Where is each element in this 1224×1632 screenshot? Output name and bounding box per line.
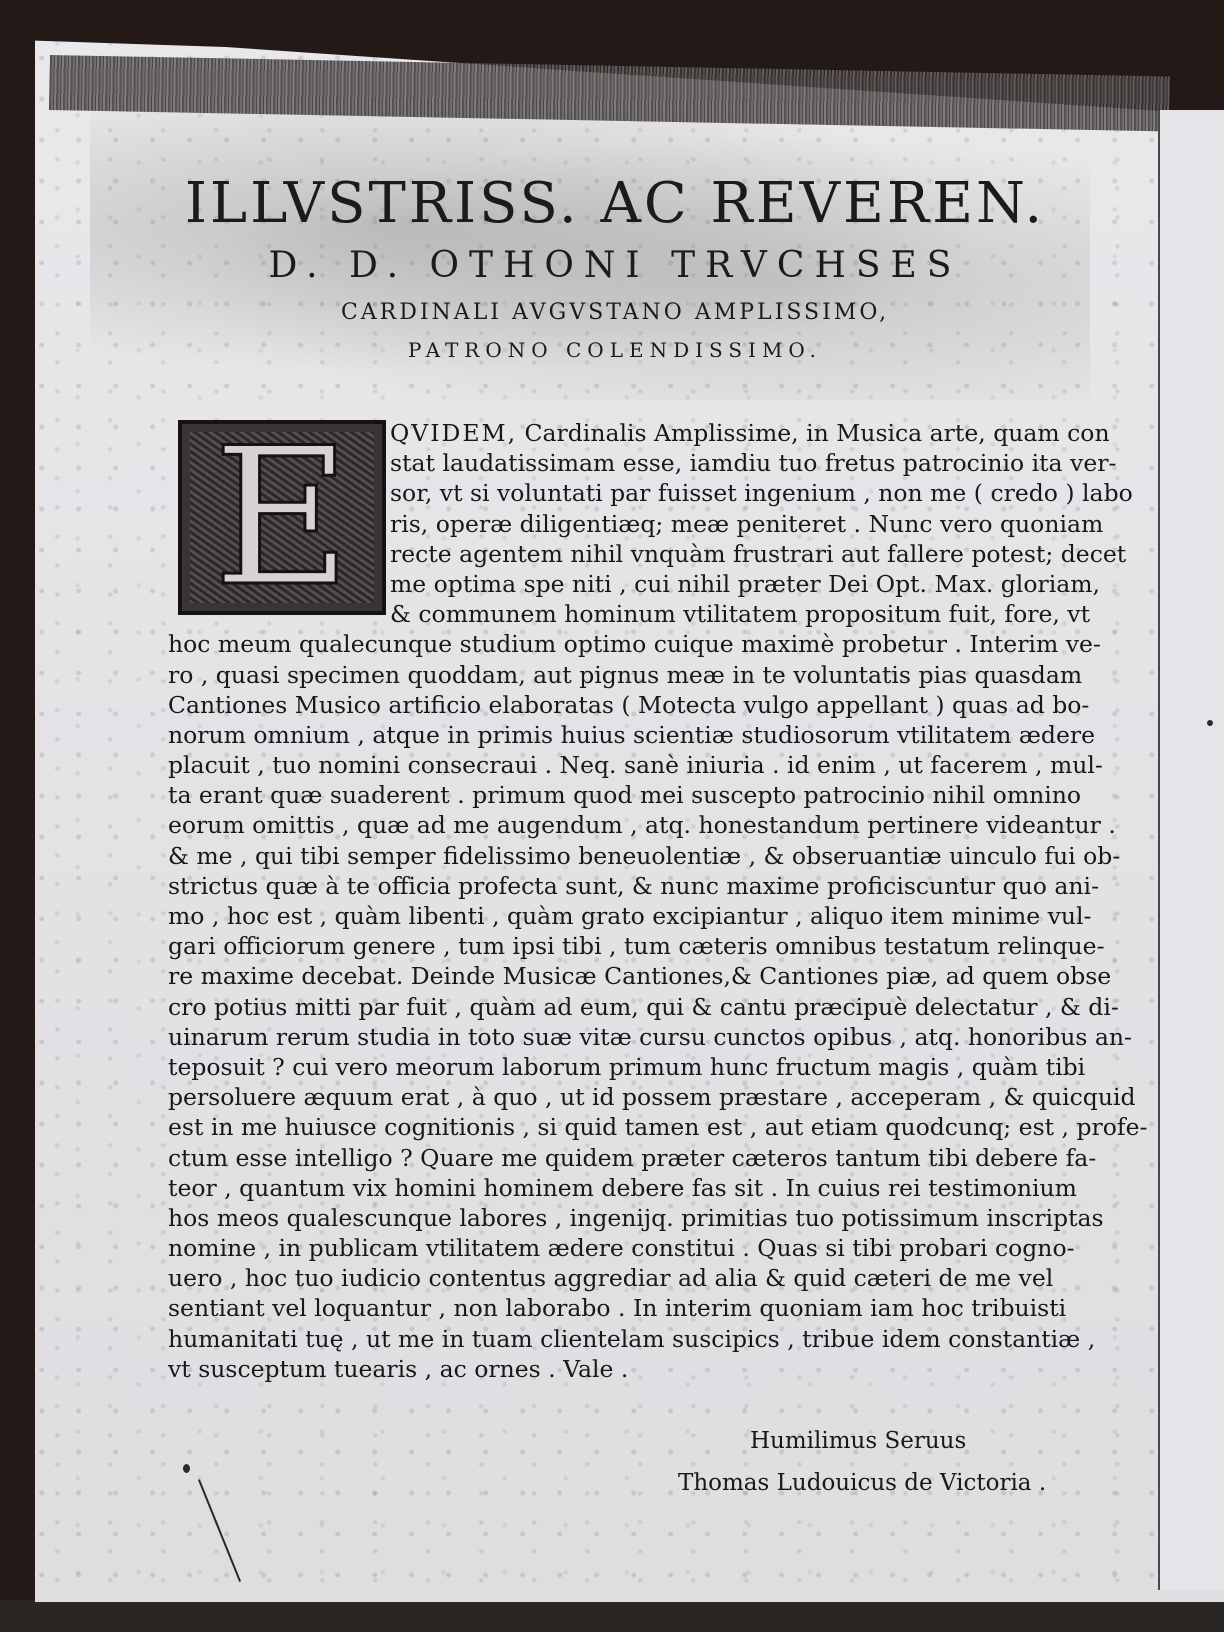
body-line: persoluere æquum erat , à quo , ut id po… <box>168 1082 1093 1112</box>
body-line: nomine , in publicam vtilitatem ædere co… <box>168 1233 1093 1263</box>
ink-spot <box>1207 720 1213 726</box>
page-gutter-line <box>1158 110 1160 1590</box>
body-line: & me , qui tibi semper fidelissimo beneu… <box>168 841 1093 871</box>
author-signature: Thomas Ludouicus de Victoria . <box>678 1470 1046 1496</box>
body-line: recte agentem nihil vnquàm frustrari aut… <box>168 539 1093 569</box>
heading-line: PATRONO COLENDISSIMO. <box>150 332 1080 368</box>
heading-line: CARDINALI AVGVSTANO AMPLISSIMO, <box>150 294 1080 332</box>
body-line: stat laudatissimam esse, iamdiu tuo fret… <box>168 448 1093 478</box>
body-line: ta erant quæ suaderent . primum quod mei… <box>168 780 1093 810</box>
body-line: me optima spe niti , cui nihil præter De… <box>168 569 1093 599</box>
body-line: teposuit ? cui vero meorum laborum primu… <box>168 1052 1093 1082</box>
body-line: re maxime decebat. Deinde Musicæ Cantion… <box>168 961 1093 991</box>
opening-word: QVIDEM, <box>390 419 517 447</box>
body-line: ris, operæ diligentiæq; meæ peniteret . … <box>168 509 1093 539</box>
adjacent-page-edge <box>1160 110 1224 1590</box>
body-line: & communem hominum vtilitatem propositum… <box>168 599 1093 629</box>
body-line: humanitati tuę , ut me in tuam clientela… <box>168 1324 1093 1354</box>
body-line: Cantiones Musico artificio elaboratas ( … <box>168 690 1093 720</box>
heading-line: D. D. OTHONI TRVCHSES <box>150 240 1080 292</box>
table-surface <box>0 1600 1224 1632</box>
body-line: mo , hoc est , quàm libenti , quàm grato… <box>168 901 1093 931</box>
body-line: QVIDEM, Cardinalis Amplissime, in Musica… <box>168 418 1093 448</box>
closing-salutation: Humilimus Seruus <box>750 1428 966 1454</box>
ink-spot <box>183 1464 190 1473</box>
body-line: cro potius mitti par fuit , quàm ad eum,… <box>168 992 1093 1022</box>
body-line: hos meos qualescunque labores , ingenijq… <box>168 1203 1093 1233</box>
body-line: teor , quantum vix homini hominem debere… <box>168 1173 1093 1203</box>
body-line: norum omnium , atque in primis huius sci… <box>168 720 1093 750</box>
dedication-heading: ILLVSTRISS. AC REVEREN. D. D. OTHONI TRV… <box>150 170 1080 368</box>
body-line: uinarum rerum studia in toto suæ vitæ cu… <box>168 1022 1093 1052</box>
body-line: ctum esse intelligo ? Quare me quidem pr… <box>168 1143 1093 1173</box>
body-line: placuit , tuo nomini consecraui . Neq. s… <box>168 750 1093 780</box>
body-line: sor, vt si voluntati par fuisset ingeniu… <box>168 478 1093 508</box>
dedication-body: QVIDEM, Cardinalis Amplissime, in Musica… <box>168 418 1093 1384</box>
body-line: strictus quæ à te officia profecta sunt,… <box>168 871 1093 901</box>
body-line: vt susceptum tuearis , ac ornes . Vale . <box>168 1354 1093 1384</box>
body-line: eorum omittis , quæ ad me augendum , atq… <box>168 810 1093 840</box>
heading-line: ILLVSTRISS. AC REVEREN. <box>150 170 1080 238</box>
body-line: uero , hoc tuo iudicio contentus aggredi… <box>168 1263 1093 1293</box>
body-line: est in me huiusce cognitionis , si quid … <box>168 1112 1093 1142</box>
body-line: hoc meum qualecunque studium optimo cuiq… <box>168 629 1093 659</box>
body-line: gari officiorum genere , tum ipsi tibi ,… <box>168 931 1093 961</box>
body-line: sentiant vel loquantur , non laborabo . … <box>168 1293 1093 1323</box>
body-line: ro , quasi specimen quoddam, aut pignus … <box>168 660 1093 690</box>
